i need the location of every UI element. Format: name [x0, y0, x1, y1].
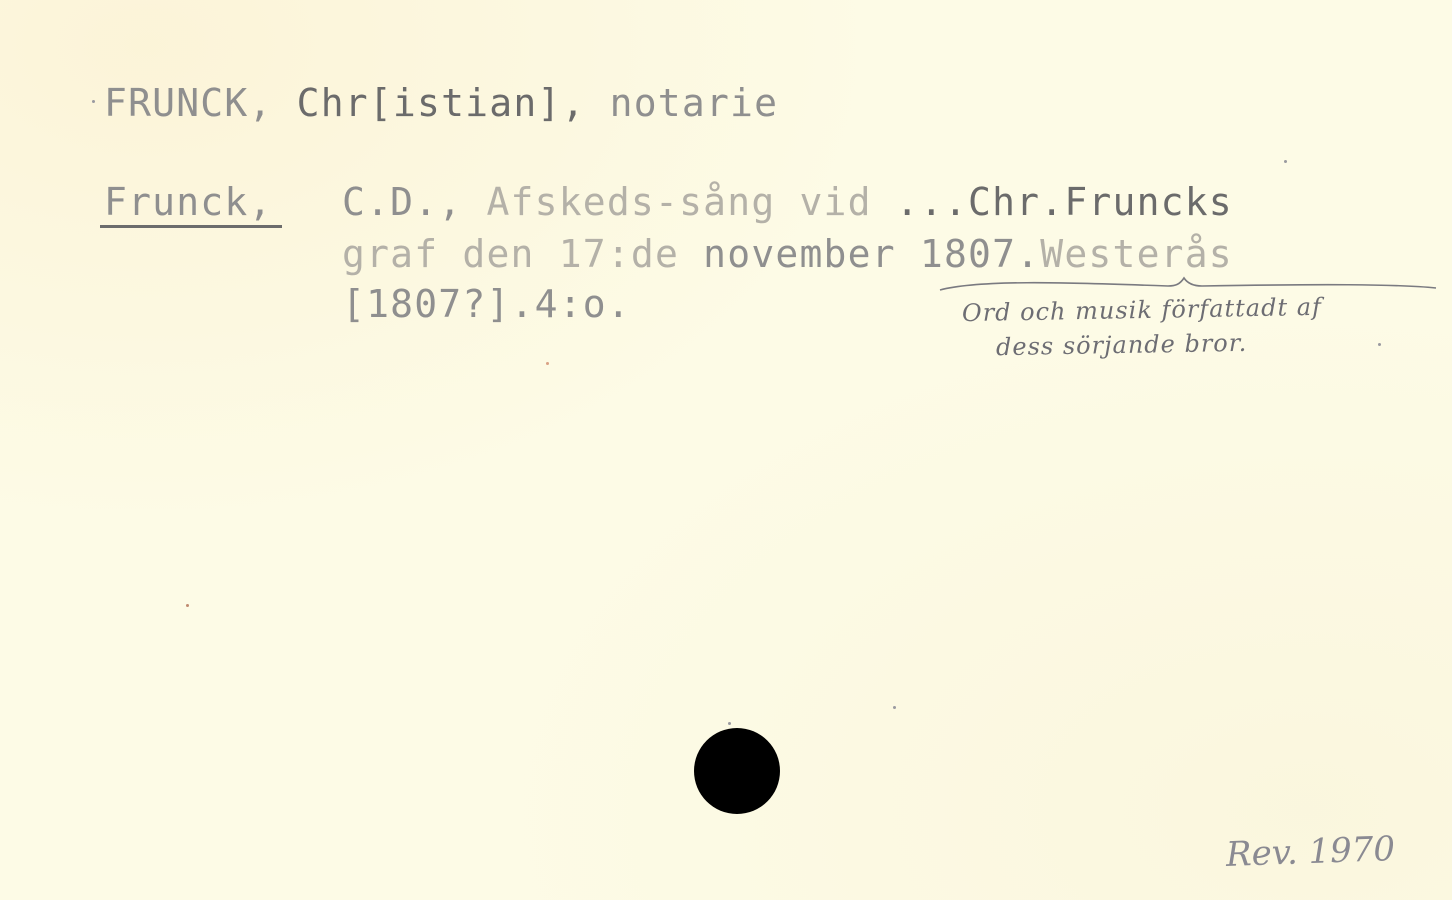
speck: [1284, 160, 1287, 163]
entry-line-2: graf den 17:de november 1807.Westerås: [342, 235, 1233, 273]
card-heading: FRUNCK, Chr[istian], notarie: [104, 84, 778, 122]
heading-given-name: Chr[istian],: [297, 81, 586, 125]
speck: [893, 706, 896, 709]
handwritten-note-line-1: Ord och musik författadt af: [962, 293, 1322, 327]
speck: [186, 604, 189, 607]
speck: [728, 722, 731, 725]
entry-line2-c: Westerås: [1040, 232, 1233, 276]
catalog-card: FRUNCK, Chr[istian], notarie Frunck, C.D…: [0, 0, 1452, 900]
speck: [1378, 343, 1381, 346]
entry-key-name: Frunck,: [104, 180, 273, 224]
heading-title: notarie: [610, 81, 779, 125]
heading-surname: FRUNCK,: [104, 81, 273, 125]
entry-title-part2: ...Chr.Fruncks: [896, 180, 1233, 224]
speck: [92, 100, 95, 103]
speck: [546, 362, 549, 365]
entry-key-underline: [100, 225, 282, 228]
entry-line2-a: graf den 17:de: [342, 232, 679, 276]
entry-imprint: [1807?].4:o.: [342, 282, 631, 326]
entry-line-1: C.D., Afskeds-sång vid ...Chr.Fruncks: [342, 183, 1233, 221]
pencil-brace: [938, 276, 1438, 296]
entry-key: Frunck,: [104, 183, 273, 221]
entry-author: C.D.,: [342, 180, 462, 224]
handwritten-note-line-2: dess sörjande bror.: [996, 329, 1248, 361]
entry-line2-b: november 1807.: [703, 232, 1040, 276]
entry-title-part1: Afskeds-sång vid: [486, 180, 871, 224]
punch-hole: [694, 728, 780, 814]
revision-note: Rev. 1970: [1225, 829, 1395, 875]
entry-line-3: [1807?].4:o.: [342, 285, 631, 323]
